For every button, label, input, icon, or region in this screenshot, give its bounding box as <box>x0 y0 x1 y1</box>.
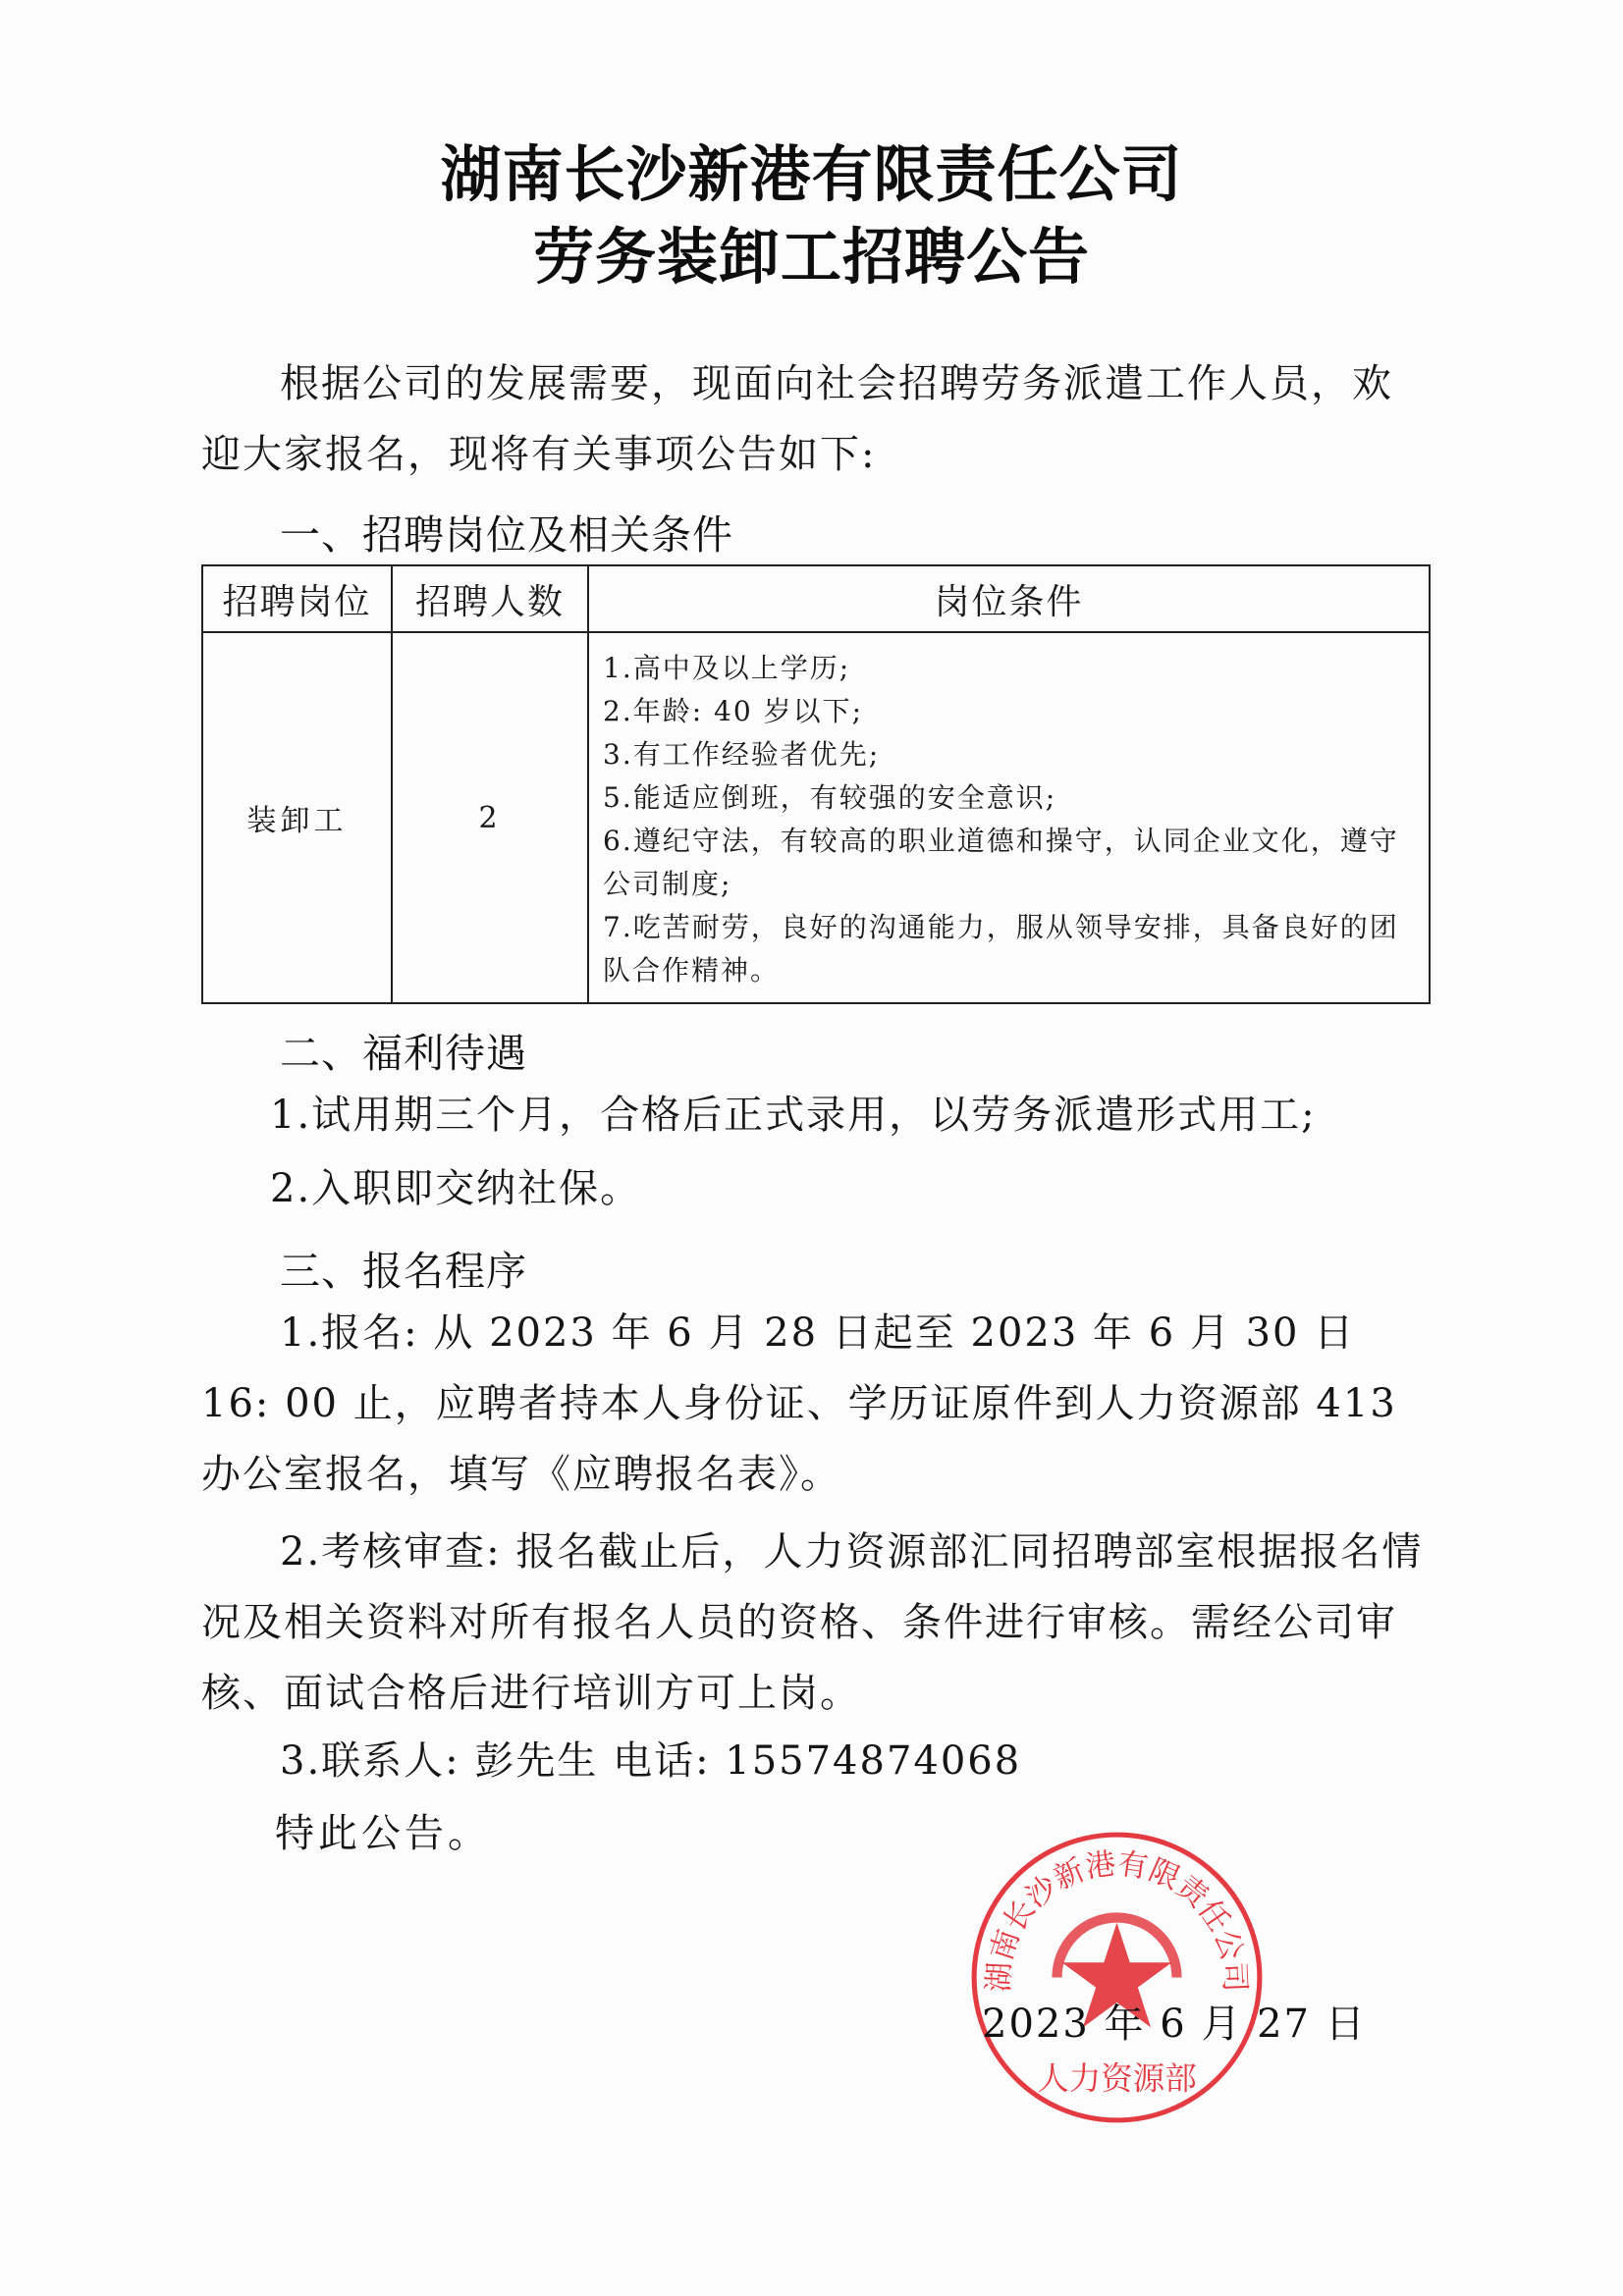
requirements-table: 招聘岗位 招聘人数 岗位条件 装卸工 2 1.高中及以上学历; 2.年龄: 40… <box>201 564 1431 1004</box>
column-header-position: 招聘岗位 <box>202 565 392 632</box>
condition-item: 7.吃苦耐劳，良好的沟通能力，服从领导安排，具备良好的团队合作精神。 <box>603 906 1419 992</box>
condition-item: 1.高中及以上学历; <box>603 647 1419 690</box>
procedure-item-3-contact: 3.联系人: 彭先生 电话: 15574874068 <box>201 1726 1424 1796</box>
condition-item: 2.年龄: 40 岁以下; <box>603 690 1419 733</box>
closing-statement: 特此公告。 <box>275 1802 491 1858</box>
section3-heading: 三、报名程序 <box>280 1239 527 1297</box>
cell-count: 2 <box>392 632 588 1003</box>
table-row: 装卸工 2 1.高中及以上学历; 2.年龄: 40 岁以下; 3.有工作经验者优… <box>202 632 1430 1003</box>
procedure-item-2: 2.考核审查: 报名截止后，人力资源部汇同招聘部室根据报名情况及相关资料对所有报… <box>201 1517 1424 1729</box>
document-date: 2023 年 6 月 27 日 <box>982 1993 1367 2049</box>
condition-item: 6.遵纪守法，有较高的职业道德和操守，认同企业文化，遵守公司制度; <box>603 820 1419 906</box>
column-header-count: 招聘人数 <box>392 565 588 632</box>
condition-item: 3.有工作经验者优先; <box>603 733 1419 776</box>
section1-heading: 一、招聘岗位及相关条件 <box>280 503 733 561</box>
cell-position: 装卸工 <box>202 632 392 1003</box>
benefit-item-1: 1.试用期三个月，合格后正式录用，以劳务派遣形式用工; <box>270 1080 1448 1150</box>
document-page: 湖南长沙新港有限责任公司 劳务装卸工招聘公告 根据公司的发展需要，现面向社会招聘… <box>0 0 1623 2296</box>
column-header-conditions: 岗位条件 <box>588 565 1430 632</box>
condition-item: 5.能适应倒班，有较强的安全意识; <box>603 776 1419 820</box>
section2-heading: 二、福利待遇 <box>280 1021 527 1079</box>
svg-text:人力资源部: 人力资源部 <box>1037 2059 1197 2097</box>
document-title-line2: 劳务装卸工招聘公告 <box>0 208 1623 295</box>
intro-paragraph: 根据公司的发展需要，现面向社会招聘劳务派遣工作人员，欢迎大家报名，现将有关事项公… <box>201 348 1424 490</box>
benefit-item-2: 2.入职即交纳社保。 <box>270 1153 1448 1224</box>
official-seal-icon: 湖南长沙新港有限责任公司 人力资源部 <box>967 1828 1267 2127</box>
table-header-row: 招聘岗位 招聘人数 岗位条件 <box>202 565 1430 632</box>
document-title-line1: 湖南长沙新港有限责任公司 <box>0 126 1623 213</box>
procedure-item-1: 1.报名: 从 2023 年 6 月 28 日起至 2023 年 6 月 30 … <box>201 1298 1424 1510</box>
cell-conditions: 1.高中及以上学历; 2.年龄: 40 岁以下; 3.有工作经验者优先; 5.能… <box>588 632 1430 1003</box>
